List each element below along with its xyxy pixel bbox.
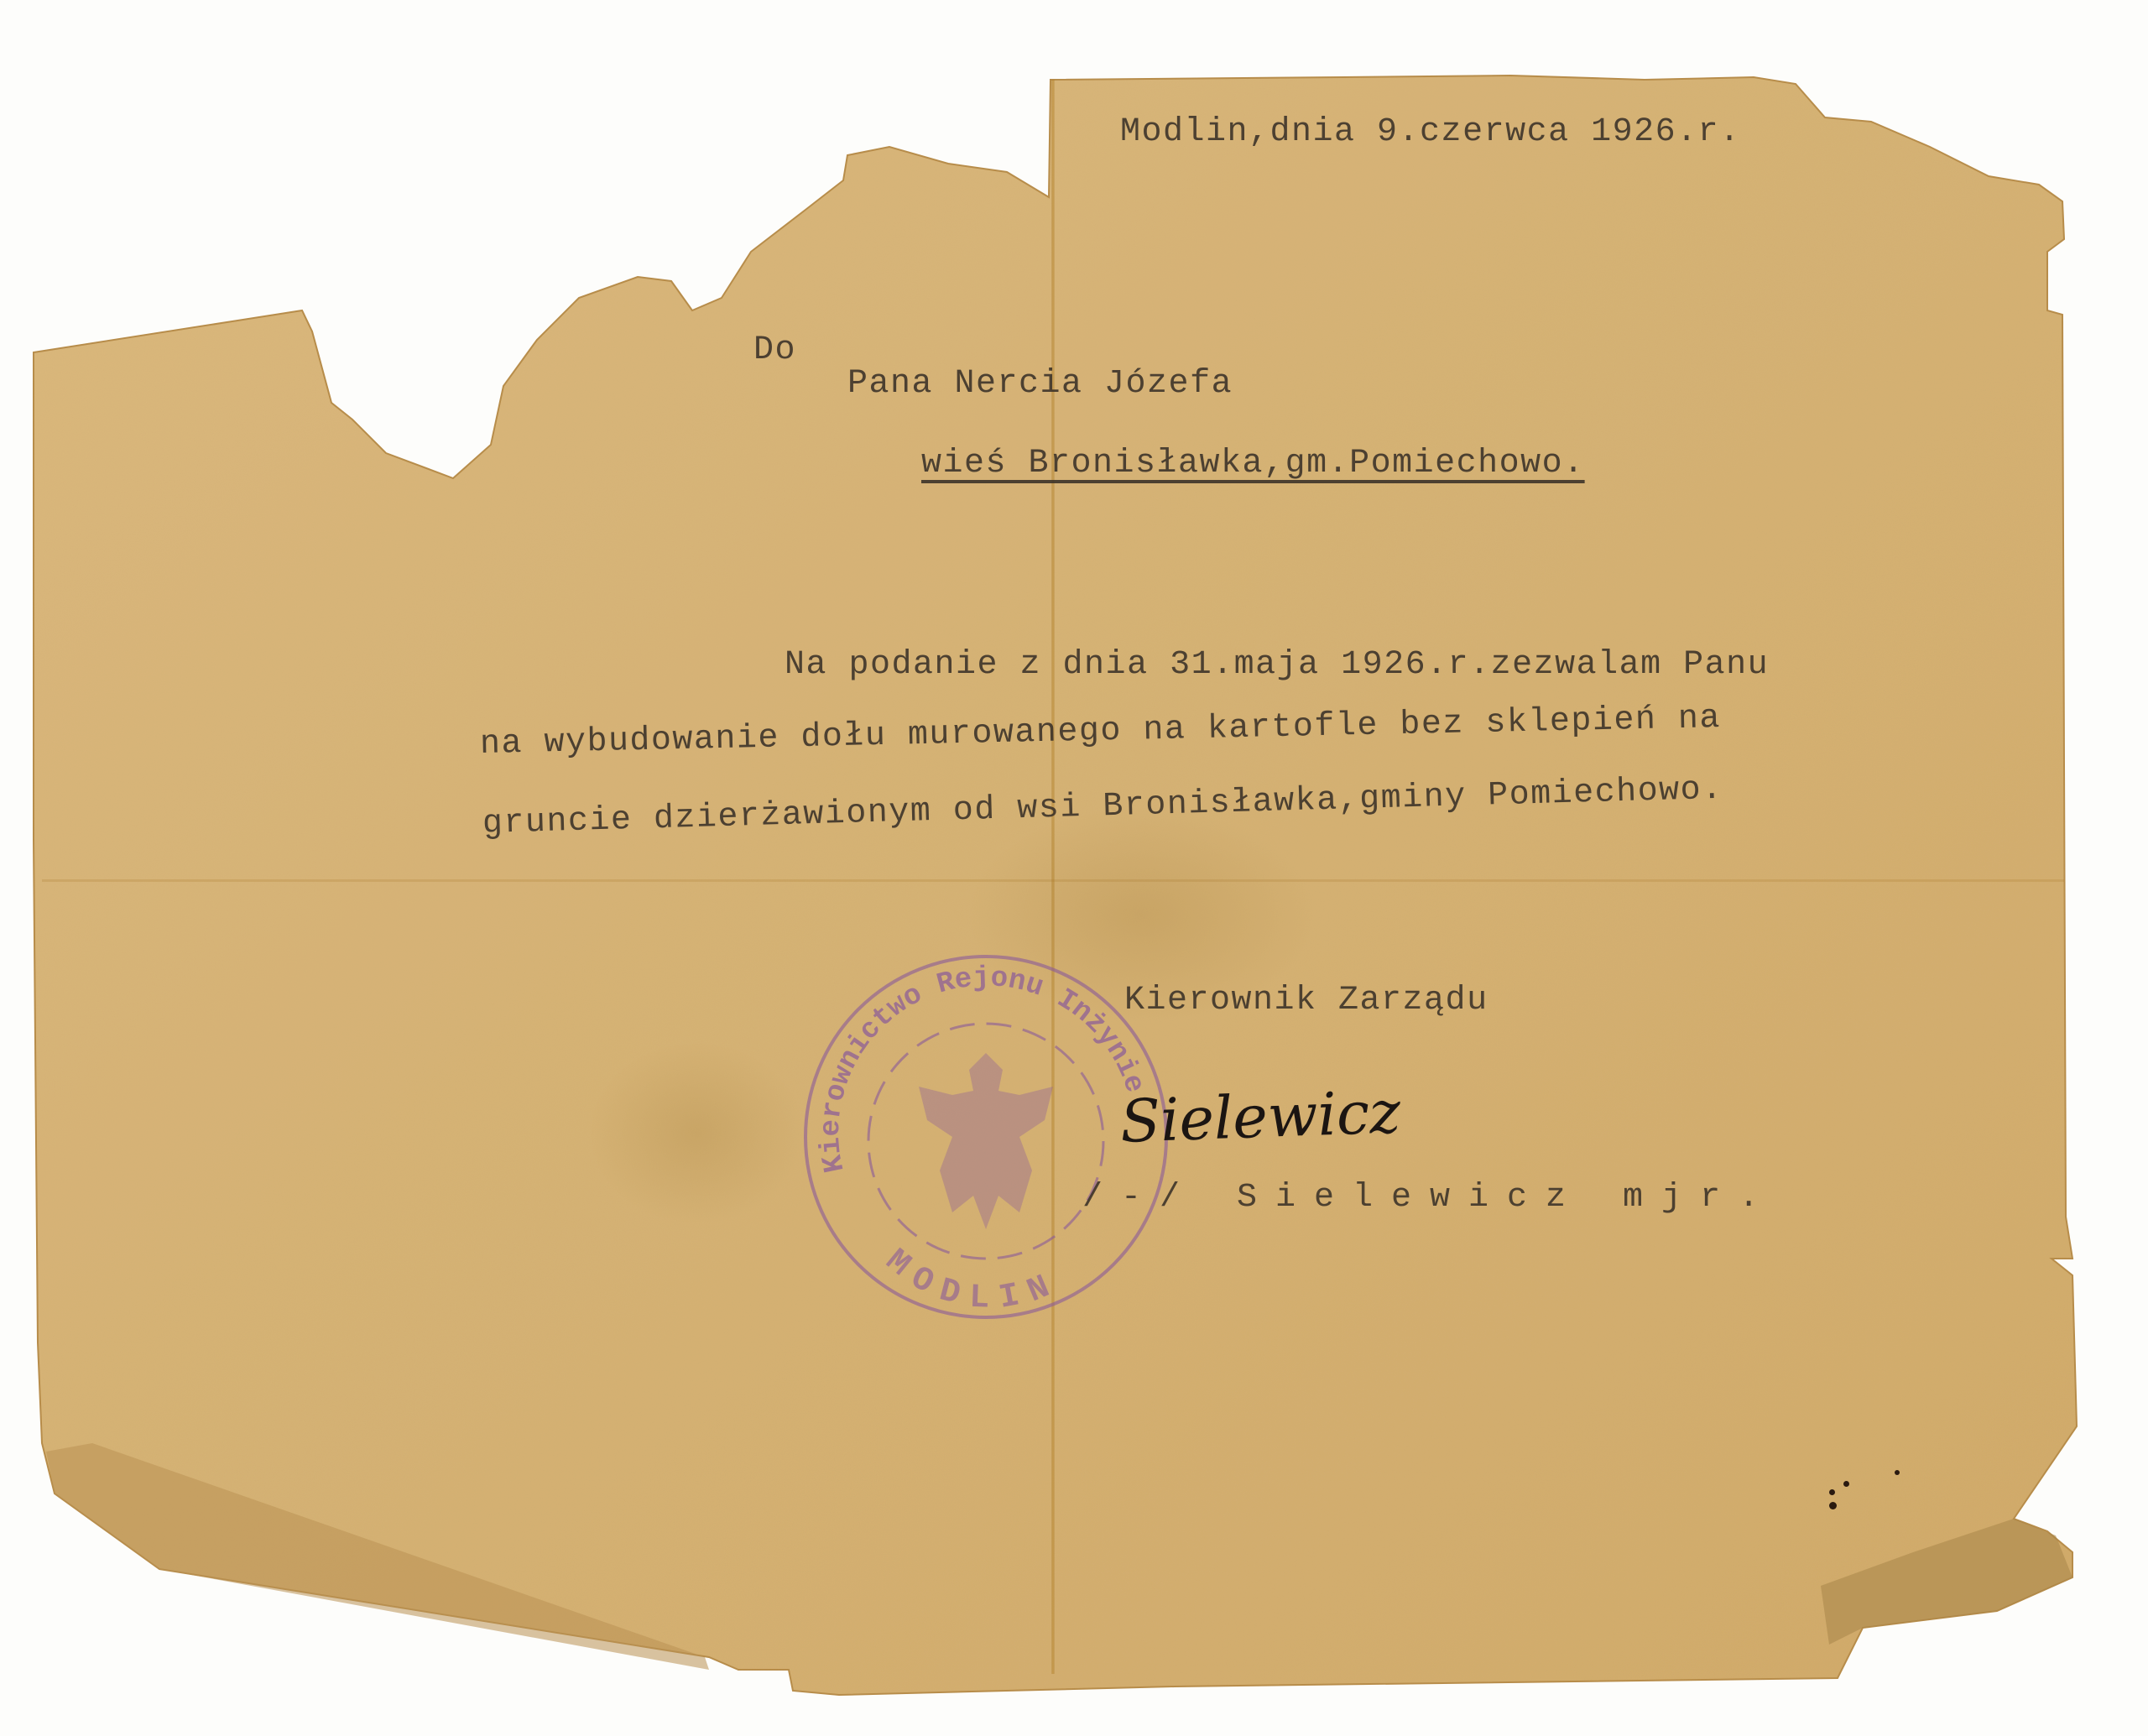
body-line-1: Na podanie z dnia 31.maja 1926.r.zezwala… (785, 646, 1769, 684)
svg-text:MODLIN: MODLIN (878, 1243, 1066, 1318)
handwritten-signature: Sielewicz (1119, 1077, 1402, 1156)
stamp-bottom-text: MODLIN (878, 1243, 1066, 1318)
eagle-emblem-icon (919, 1053, 1053, 1229)
addressee-name: Pana Nercia Józefa (847, 365, 1233, 403)
salutation: Do (753, 331, 796, 369)
addressee-address: wieś Bronisławka,gm.Pomiechowo. (921, 445, 1585, 482)
signatory-title: Kierownik Zarządu (1124, 982, 1488, 1019)
water-stain (587, 1040, 805, 1225)
place-date: Modlin,dnia 9.czerwca 1926.r. (1120, 113, 1741, 151)
typed-signatory-name: /-/ Sielewicz mjr. (1082, 1179, 1777, 1217)
